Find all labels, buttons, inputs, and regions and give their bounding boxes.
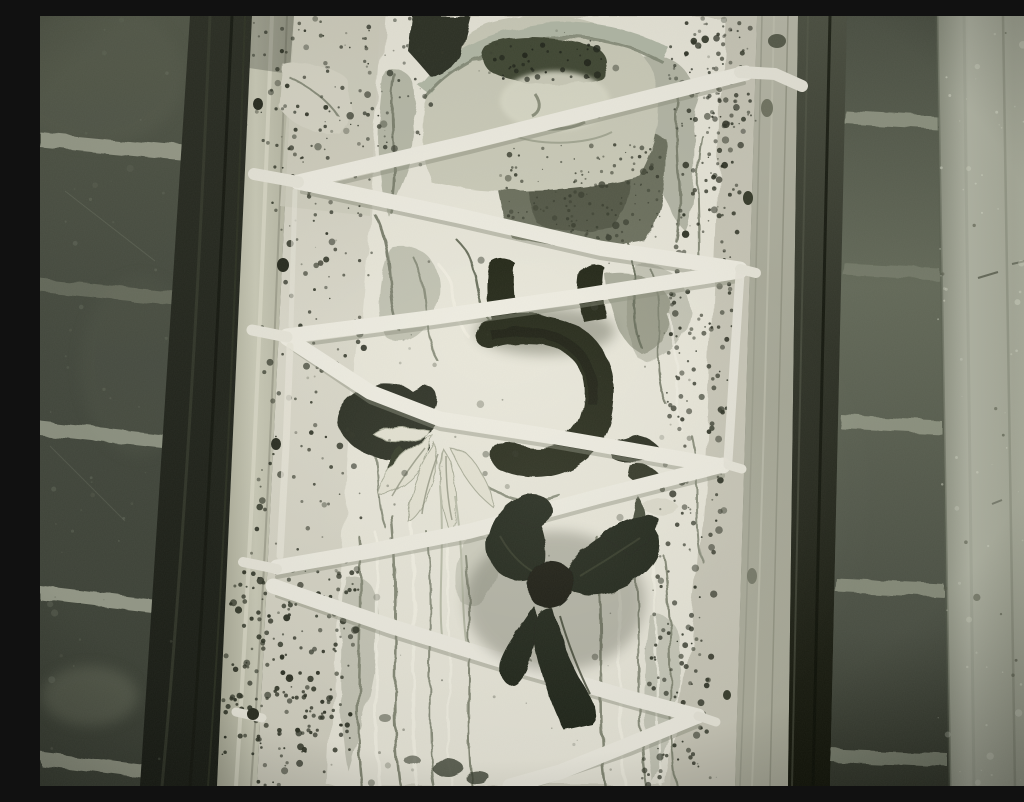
photo-canvas [40, 16, 1024, 786]
photo-finish-overlays [40, 16, 1024, 786]
film-grain [40, 16, 1024, 786]
coffin-photograph: Black-and-white archival photograph, ove… [40, 16, 1024, 786]
